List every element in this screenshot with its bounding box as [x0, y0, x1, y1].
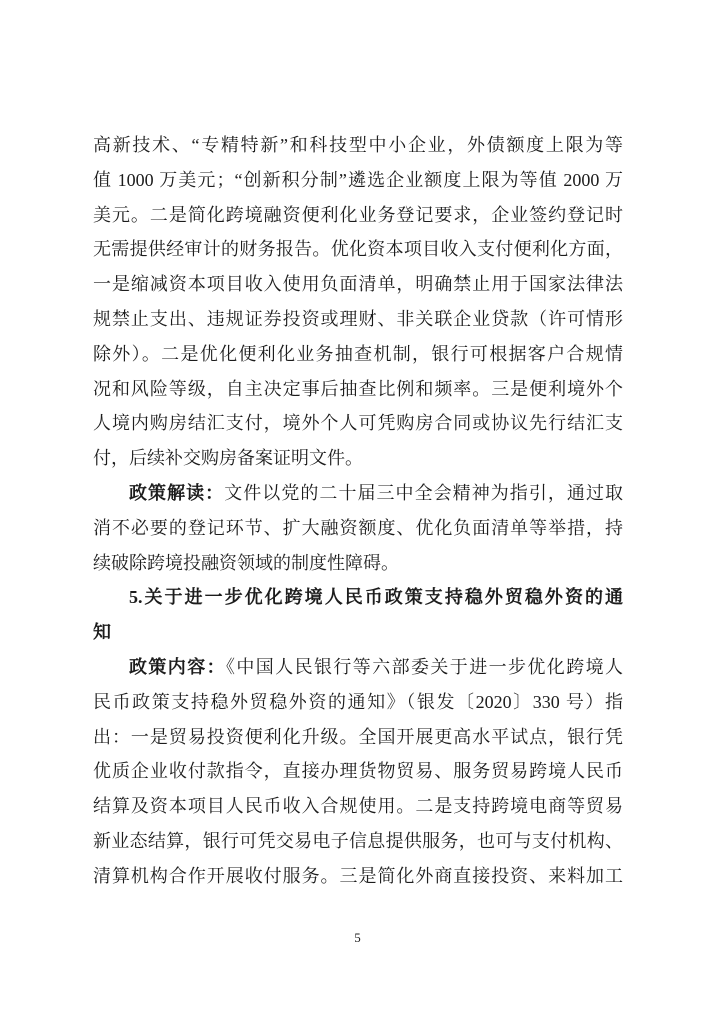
section-heading-line: 5.关于进一步优化跨境人民币政策支持稳外贸稳外资的通 [93, 580, 623, 615]
text-line: 优质企业收付款指令，直接办理货物贸易、服务贸易跨境人民币 [93, 754, 623, 789]
text-line: 消不必要的登记环节、扩大融资额度、优化负面清单等举措，持 [93, 511, 623, 546]
page-number: 5 [0, 930, 715, 946]
text-line: 付，后续补交购房备案证明文件。 [93, 441, 623, 476]
bold-label: 政策内容： [129, 657, 226, 677]
bold-label: 政策解读： [129, 483, 224, 503]
text-line: 美元。二是简化跨境融资便利化业务登记要求，企业签约登记时 [93, 198, 623, 233]
text-line: 续破除跨境投融资领域的制度性障碍。 [93, 546, 623, 581]
text-line: 值 1000 万美元；“创新积分制”遴选企业额度上限为等值 2000 万 [93, 163, 623, 198]
section-heading-line: 知 [93, 615, 623, 650]
text-line: 结算及资本项目人民币收入合规使用。二是支持跨境电商等贸易 [93, 789, 623, 824]
text-line: 清算机构合作开展收付服务。三是简化外商直接投资、来料加工 [93, 859, 623, 894]
text-line: 新业态结算，银行可凭交易电子信息提供服务，也可与支付机构、 [93, 824, 623, 859]
text-line: 民币政策支持稳外贸稳外资的通知》（银发〔2020〕330 号）指 [93, 685, 623, 720]
text-line: 高新技术、“专精特新”和科技型中小企业，外债额度上限为等 [93, 128, 623, 163]
text-line: 规禁止支出、违规证券投资或理财、非关联企业贷款（许可情形 [93, 302, 623, 337]
text-line: 除外）。二是优化便利化业务抽查机制，银行可根据客户合规情 [93, 337, 623, 372]
text-line: 政策内容：《中国人民银行等六部委关于进一步优化跨境人 [93, 650, 623, 685]
document-page: 高新技术、“专精特新”和科技型中小企业，外债额度上限为等值 1000 万美元；“… [0, 0, 715, 1011]
text-line: 人境内购房结汇支付，境外个人可凭购房合同或协议先行结汇支 [93, 406, 623, 441]
document-body: 高新技术、“专精特新”和科技型中小企业，外债额度上限为等值 1000 万美元；“… [93, 128, 623, 894]
text-line: 无需提供经审计的财务报告。优化资本项目收入支付便利化方面， [93, 232, 623, 267]
text-line: 政策解读：文件以党的二十届三中全会精神为指引，通过取 [93, 476, 623, 511]
text-line: 出：一是贸易投资便利化升级。全国开展更高水平试点，银行凭 [93, 720, 623, 755]
text-line: 况和风险等级，自主决定事后抽查比例和频率。三是便利境外个 [93, 372, 623, 407]
text-line: 一是缩减资本项目收入使用负面清单，明确禁止用于国家法律法 [93, 267, 623, 302]
